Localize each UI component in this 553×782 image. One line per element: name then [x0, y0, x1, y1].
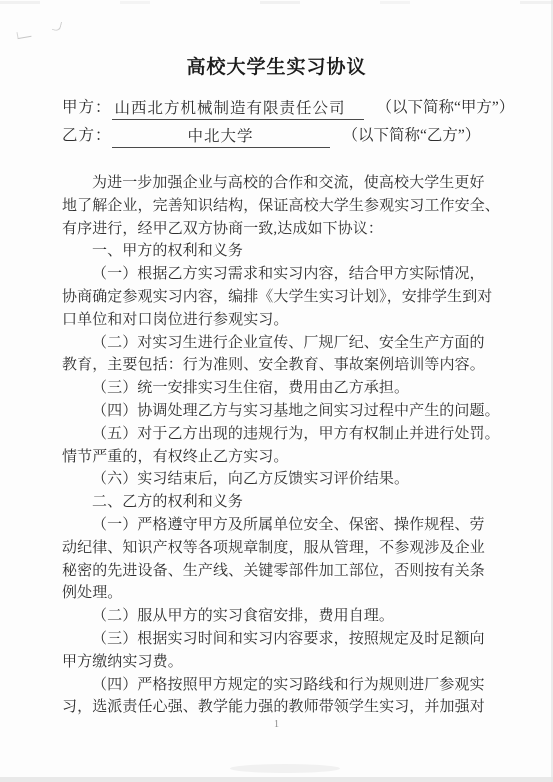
document-line: 例处理。: [62, 582, 494, 605]
party-b-value: 中北大学: [112, 127, 330, 148]
scan-artifact-mark: [52, 20, 62, 32]
document-page: 高校大学生实习协议 甲方：山西北方机械制造有限责任公司（以下简称“甲方”） 乙方…: [0, 0, 553, 782]
document-line: （二）对实习生进行企业宣传、厂规厂纪、安全生产方面的: [62, 332, 494, 355]
page-number: 1: [0, 719, 553, 730]
document-line: （一）严格遵守甲方及所属单位安全、保密、操作规程、劳: [62, 514, 494, 537]
document-line: （二）服从甲方的实习食宿安排，费用自理。: [62, 605, 494, 628]
document-line: 一、甲方的权利和义务: [62, 240, 494, 263]
document-line: 秘密的先进设备、生产线、关键零部件加工部位，否则按有关条: [62, 560, 494, 583]
scan-artifact-bottom-edge: [0, 777, 553, 782]
document-line: 教育，主要包括：行为准则、安全教育、事故案例培训等内容。: [62, 354, 494, 377]
document-line: （三）根据实习时间和实习内容要求，按照规定及时足额向: [62, 628, 494, 651]
document-line: 有序进行，经甲乙双方协商一致,达成如下协议：: [62, 218, 494, 241]
party-a-line: 甲方：山西北方机械制造有限责任公司（以下简称“甲方”）: [62, 94, 513, 122]
party-b-suffix: （以下简称“乙方”）: [343, 127, 481, 144]
scan-artifact-mark: [16, 30, 31, 39]
document-line: （六）实习结束后，向乙方反馈实习评价结果。: [62, 468, 494, 491]
party-b-label: 乙方：: [62, 127, 112, 144]
document-line: 为进一步加强企业与高校的合作和交流，使高校大学生更好: [62, 172, 494, 195]
document-line: 情节严重的，有权终止乙方实习。: [62, 446, 494, 469]
document-line: 动纪律、知识产权等各项规章制度，服从管理，不参观涉及企业: [62, 537, 494, 560]
document-title: 高校大学生实习协议: [0, 52, 553, 79]
document-line: （五）对于乙方出现的违规行为，甲方有权制止并进行处罚。: [62, 423, 494, 446]
document-body: 为进一步加强企业与高校的合作和交流，使高校大学生更好地了解企业，完善知识结构，保…: [62, 172, 494, 719]
document-line: 二、乙方的权利和义务: [62, 491, 494, 514]
document-line: （四）严格按照甲方规定的实习路线和行为规则进厂参观实: [62, 674, 494, 697]
parties-section: 甲方：山西北方机械制造有限责任公司（以下简称“甲方”） 乙方：中北大学（以下简称…: [62, 94, 513, 150]
scan-artifact-top-edge: [0, 1, 553, 4]
party-a-label: 甲方：: [62, 99, 112, 116]
document-line: （三）统一安排实习生住宿，费用由乙方承担。: [62, 377, 494, 400]
document-line: 地了解企业，完善知识结构，保证高校大学生参观实习工作安全、: [62, 195, 494, 218]
party-a-suffix: （以下简称“甲方”）: [377, 99, 515, 116]
document-line: 甲方缴纳实习费。: [62, 651, 494, 674]
document-line: （一）根据乙方实习需求和实习内容，结合甲方实际情况，: [62, 263, 494, 286]
document-line: 口单位和对口岗位进行参观实习。: [62, 309, 494, 332]
document-line: 习，选派责任心强、教学能力强的教师带领学生实习，并加强对: [62, 696, 494, 719]
document-line: （四）协调处理乙方与实习基地之间实习过程中产生的问题。: [62, 400, 494, 423]
party-a-value: 山西北方机械制造有限责任公司: [112, 99, 364, 120]
document-line: 协商确定参观实习内容，编排《大学生实习计划》，安排学生到对: [62, 286, 494, 309]
party-b-line: 乙方：中北大学（以下简称“乙方”）: [62, 122, 513, 150]
scan-artifact-smudge: [230, 764, 340, 773]
